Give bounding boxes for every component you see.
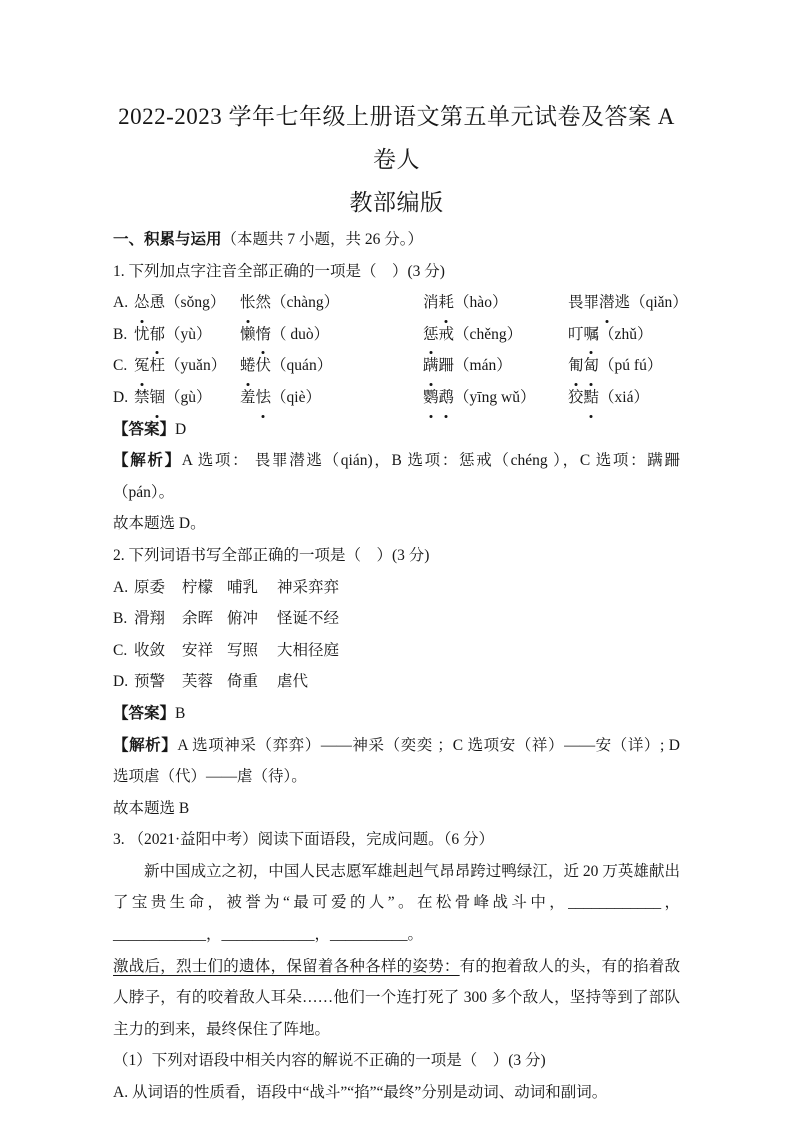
option-item: 叮嘱（zhǔ） bbox=[568, 319, 680, 351]
q3-paragraph-scene: 激战后，烈士们的遗体，保留着各种各样的姿势：有的抱着敌人的头，有的掐着敌人脖子，… bbox=[113, 951, 680, 1046]
option-item: 怪诞不经 bbox=[277, 603, 680, 635]
dotted-character: 鹦 bbox=[423, 382, 439, 414]
option-letter: D. bbox=[113, 382, 134, 414]
analysis-label: 【解析】 bbox=[113, 737, 177, 754]
dotted-character: 惩 bbox=[423, 319, 439, 351]
option-letter: B. bbox=[113, 603, 134, 635]
answer-value: B bbox=[175, 705, 185, 722]
q3-stem: 3. （2021·益阳中考）阅读下面语段，完成问题。（6 分） bbox=[113, 824, 680, 856]
document-content: 2022-2023 学年七年级上册语文第五单元试卷及答案 A 卷人 教部编版 一… bbox=[113, 95, 680, 1109]
dotted-character: 冤 bbox=[134, 350, 150, 382]
option-letter: D. bbox=[113, 666, 134, 698]
dotted-character: 蜷 bbox=[240, 350, 256, 382]
option-item: 倚重 bbox=[227, 666, 277, 698]
option-item: 哺乳 bbox=[227, 572, 277, 604]
q1-option-row: D.禁锢（gù）羞怯（qiè）鹦鹉（yīng wǔ）狡黠（xiá） bbox=[113, 382, 680, 414]
option-item: 消耗（hào） bbox=[423, 287, 568, 319]
dotted-character: 怂 bbox=[134, 287, 150, 319]
option-item: 芙蓉 bbox=[182, 666, 227, 698]
q1-options: A.怂恿（sǒng）怅然（chàng）消耗（hào）畏罪潜逃（qiǎn）B.忧郁… bbox=[113, 287, 680, 413]
dotted-character: 黠 bbox=[584, 382, 600, 414]
q1-option-row: A.怂恿（sǒng）怅然（chàng）消耗（hào）畏罪潜逃（qiǎn） bbox=[113, 287, 680, 319]
q1-analysis-line: 【解析】A 选项： 畏罪潜逃（qián)，B 选项：惩戒（chéng ），C 选… bbox=[113, 445, 680, 508]
dotted-character: 匐 bbox=[584, 350, 600, 382]
dotted-character: 潜 bbox=[599, 287, 615, 319]
answer-label: 【答案】 bbox=[113, 421, 175, 438]
option-item: 惩戒（chěng） bbox=[423, 319, 568, 351]
option-item: 虐代 bbox=[277, 666, 680, 698]
option-item: 原委 bbox=[134, 572, 182, 604]
option-item: 匍匐（pú fú） bbox=[568, 350, 680, 382]
option-item: 鹦鹉（yīng wǔ） bbox=[423, 382, 568, 414]
option-item: 写照 bbox=[227, 635, 277, 667]
underlined-clause: 激战后，烈士们的遗体，保留着各种各样的姿势： bbox=[113, 958, 460, 975]
option-item: 预警 bbox=[134, 666, 182, 698]
option-item: 柠檬 bbox=[182, 572, 227, 604]
answer-label: 【答案】 bbox=[113, 705, 175, 722]
dotted-character: 怅 bbox=[240, 287, 256, 319]
answer-value: D bbox=[175, 421, 186, 438]
option-item: 冤枉（yuǎn） bbox=[134, 350, 240, 382]
option-item: 懒惰（ duò） bbox=[240, 319, 423, 351]
q2-analysis-line: 【解析】A 选项神采（弈弈）——神采（奕奕 ；C 选项安（祥）——安（详）; D… bbox=[113, 730, 680, 793]
option-item: 蜷伏（quán） bbox=[240, 350, 423, 382]
title-line-2: 教部编版 bbox=[113, 181, 680, 224]
option-item: 羞怯（qiè） bbox=[240, 382, 423, 414]
q1-answer-line: 【答案】D bbox=[113, 414, 680, 446]
option-item: 神采弈弈 bbox=[277, 572, 680, 604]
option-letter: A. bbox=[113, 572, 134, 604]
q1-conclusion: 故本题选 D。 bbox=[113, 508, 680, 540]
dotted-character: 鹉 bbox=[439, 382, 455, 414]
q3-sub1-option-a: A. 从词语的性质看，语段中“战斗”“掐”“最终”分别是动词、动词和副词。 bbox=[113, 1077, 680, 1109]
dotted-character: 怯 bbox=[256, 382, 272, 414]
option-item: 怂恿（sǒng） bbox=[134, 287, 240, 319]
option-item: 忧郁（yù） bbox=[134, 319, 240, 351]
dotted-character: 耗 bbox=[439, 287, 455, 319]
option-item: 收敛 bbox=[134, 635, 182, 667]
q3-paragraph-blanks: 新中国成立之初，中国人民志愿军雄赳赳气昂昂跨过鸭绿江，近 20 万英雄献出了宝贵… bbox=[113, 856, 680, 951]
q2-answer-line: 【答案】B bbox=[113, 698, 680, 730]
option-item: 余晖 bbox=[182, 603, 227, 635]
option-item: 大相径庭 bbox=[277, 635, 680, 667]
option-item: 俯冲 bbox=[227, 603, 277, 635]
dotted-character: 锢 bbox=[150, 382, 166, 414]
dotted-character: 郁 bbox=[150, 319, 166, 351]
option-letter: A. bbox=[113, 287, 134, 319]
option-item: 畏罪潜逃（qiǎn） bbox=[568, 287, 688, 319]
analysis-text: A 选项神采（弈弈）——神采（奕奕 ；C 选项安（祥）——安（详）; D 选项虐… bbox=[113, 737, 680, 786]
dotted-character: 匍 bbox=[568, 350, 584, 382]
q2-option-row: A.原委柠檬哺乳神采弈弈 bbox=[113, 572, 680, 604]
document-title: 2022-2023 学年七年级上册语文第五单元试卷及答案 A 卷人 教部编版 bbox=[113, 95, 680, 224]
section-heading: 一、积累与运用（本题共 7 小题，共 26 分。） bbox=[113, 224, 680, 256]
option-letter: C. bbox=[113, 350, 134, 382]
q2-options: A.原委柠檬哺乳神采弈弈B.滑翔余晖俯冲怪诞不经C.收敛安祥写照大相径庭D.预警… bbox=[113, 572, 680, 698]
q1-option-row: B.忧郁（yù）懒惰（ duò）惩戒（chěng）叮嘱（zhǔ） bbox=[113, 319, 680, 351]
option-item: 狡黠（xiá） bbox=[568, 382, 680, 414]
title-line-1: 2022-2023 学年七年级上册语文第五单元试卷及答案 A 卷人 bbox=[113, 95, 680, 181]
analysis-text: A 选项： 畏罪潜逃（qián)，B 选项：惩戒（chéng ），C 选项：蹒跚… bbox=[113, 452, 680, 501]
q3-sub1-stem: （1）下列对语段中相关内容的解说不正确的一项是（ ）(3 分) bbox=[113, 1045, 680, 1077]
q2-stem: 2. 下列词语书写全部正确的一项是（ ）(3 分) bbox=[113, 540, 680, 572]
option-item: 怅然（chàng） bbox=[240, 287, 423, 319]
q2-option-row: C.收敛安祥写照大相径庭 bbox=[113, 635, 680, 667]
dotted-character: 嘱 bbox=[584, 319, 600, 351]
section-heading-title: 一、积累与运用 bbox=[113, 231, 222, 248]
section-heading-meta: （本题共 7 小题，共 26 分。） bbox=[222, 231, 424, 248]
option-item: 禁锢（gù） bbox=[134, 382, 240, 414]
option-item: 滑翔 bbox=[134, 603, 182, 635]
analysis-label: 【解析】 bbox=[113, 452, 182, 469]
q1-stem: 1. 下列加点字注音全部正确的一项是（ ）(3 分) bbox=[113, 256, 680, 288]
option-item: 蹒跚（mán） bbox=[423, 350, 568, 382]
q2-option-row: B.滑翔余晖俯冲怪诞不经 bbox=[113, 603, 680, 635]
q2-conclusion: 故本题选 B bbox=[113, 793, 680, 825]
dotted-character: 惰 bbox=[256, 319, 272, 351]
q2-option-row: D.预警芙蓉倚重虐代 bbox=[113, 666, 680, 698]
option-letter: C. bbox=[113, 635, 134, 667]
q1-option-row: C.冤枉（yuǎn）蜷伏（quán）蹒跚（mán）匍匐（pú fú） bbox=[113, 350, 680, 382]
dotted-character: 蹒 bbox=[423, 350, 439, 382]
option-letter: B. bbox=[113, 319, 134, 351]
document-page: 2022-2023 学年七年级上册语文第五单元试卷及答案 A 卷人 教部编版 一… bbox=[0, 0, 793, 1122]
option-item: 安祥 bbox=[182, 635, 227, 667]
